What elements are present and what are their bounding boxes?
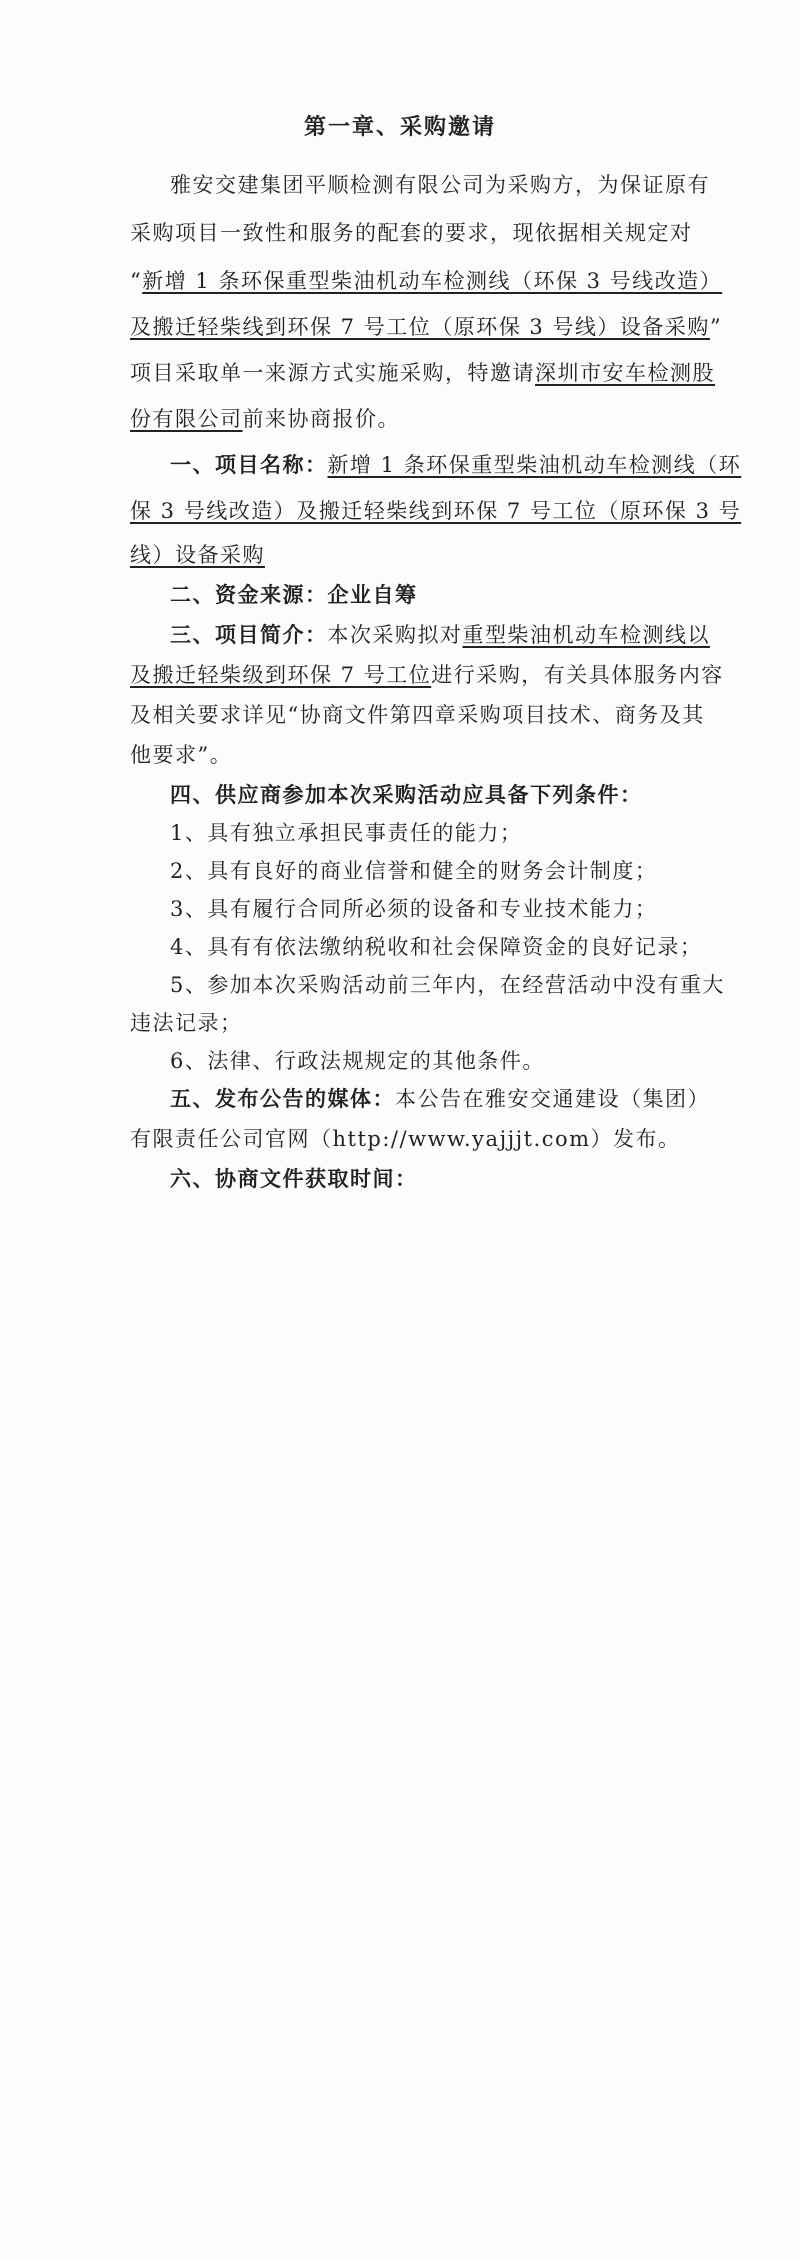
condition-item: 5、参加本次采购活动前三年内，在经营活动中没有重大 [0, 970, 800, 1000]
condition-item: 3、具有履行合同所必须的设备和专业技术能力； [0, 894, 800, 924]
section-3-underlined-2: 及搬迁轻柴级到环保 7 号工位 [130, 663, 431, 687]
page-title: 第一章、采购邀请 [0, 112, 800, 142]
document-page: 第一章、采购邀请 雅安交建集团平顺检测有限公司为采购方，为保证原有 采购项目一致… [0, 0, 800, 2260]
section-1-line-3: 线）设备采购 [0, 540, 800, 570]
project-name-underlined: 新增 1 条环保重型柴油机动车检测线（环保 3 号线改造） [142, 269, 722, 293]
section-3-label: 三、项目简介： [170, 622, 328, 647]
intro-line-6-real: 份有限公司前来协商报价。 [0, 404, 800, 434]
intro-line-2: 采购项目一致性和服务的配套的要求，现依据相关规定对 [0, 218, 800, 248]
section-1-value-2: 保 3 号线改造）及搬迁轻柴线到环保 7 号工位（原环保 3 号 [130, 499, 741, 523]
intro-line-5: 项目采取单一来源方式实施采购，特邀请深圳市安车检测股 [0, 358, 800, 388]
section-2: 二、资金来源：企业自筹 [0, 580, 800, 610]
section-3-underlined: 重型柴油机动车检测线以 [463, 623, 711, 647]
intro-line-1: 雅安交建集团平顺检测有限公司为采购方，为保证原有 [0, 170, 800, 200]
section-3-line-3: 及相关要求详见“协商文件第四章采购项目技术、商务及其 [0, 700, 800, 730]
section-1-label: 一、项目名称： [170, 452, 328, 477]
section-5-label: 五、发布公告的媒体： [170, 1086, 395, 1111]
project-name-underlined-2: 及搬迁轻柴线到环保 7 号工位（原环保 3 号线）设备采购 [130, 315, 710, 339]
section-5-line-2: 有限责任公司官网（http://www.yajjjt.com）发布。 [0, 1124, 800, 1154]
section-1-value: 新增 1 条环保重型柴油机动车检测线（环 [328, 453, 742, 477]
section-1-line-1: 一、项目名称：新增 1 条环保重型柴油机动车检测线（环 [0, 450, 800, 480]
quote-close: ” [710, 315, 722, 339]
intro-text: 项目采取单一来源方式实施采购，特邀请 [130, 361, 535, 385]
section-2-label: 二、资金来源： [170, 582, 328, 607]
supplier-name-cont: 份有限公司 [130, 407, 243, 431]
section-3-line-4: 他要求”。 [0, 740, 800, 770]
section-3-text-2: 进行采购，有关具体服务内容 [431, 663, 724, 687]
section-6-label: 六、协商文件获取时间： [0, 1164, 800, 1194]
intro-line-3: “新增 1 条环保重型柴油机动车检测线（环保 3 号线改造） [0, 266, 800, 296]
section-4-label: 四、供应商参加本次采购活动应具备下列条件： [0, 780, 800, 810]
condition-item-cont: 违法记录； [0, 1008, 800, 1038]
section-1-value-3: 线）设备采购 [130, 543, 265, 567]
section-5-line-1: 五、发布公告的媒体：本公告在雅安交通建设（集团） [0, 1084, 800, 1114]
condition-item: 1、具有独立承担民事责任的能力； [0, 818, 800, 848]
condition-item: 4、具有有依法缴纳税收和社会保障资金的良好记录； [0, 932, 800, 962]
section-1-line-2: 保 3 号线改造）及搬迁轻柴线到环保 7 号工位（原环保 3 号 [0, 496, 800, 526]
section-3-line-1: 三、项目简介：本次采购拟对重型柴油机动车检测线以 [0, 620, 800, 650]
condition-item: 6、法律、行政法规规定的其他条件。 [0, 1046, 800, 1076]
intro-line-4: 及搬迁轻柴线到环保 7 号工位（原环保 3 号线）设备采购” [0, 312, 800, 342]
quote-open: “ [130, 269, 142, 293]
section-3-line-2: 及搬迁轻柴级到环保 7 号工位进行采购，有关具体服务内容 [0, 660, 800, 690]
section-3-text: 本次采购拟对 [328, 623, 463, 647]
condition-item: 2、具有良好的商业信誉和健全的财务会计制度； [0, 856, 800, 886]
supplier-name: 深圳市安车检测股 [535, 361, 715, 385]
section-2-value: 企业自筹 [328, 582, 418, 607]
section-5-text: 本公告在雅安交通建设（集团） [395, 1087, 710, 1111]
intro-text-end: 前来协商报价。 [243, 407, 401, 431]
